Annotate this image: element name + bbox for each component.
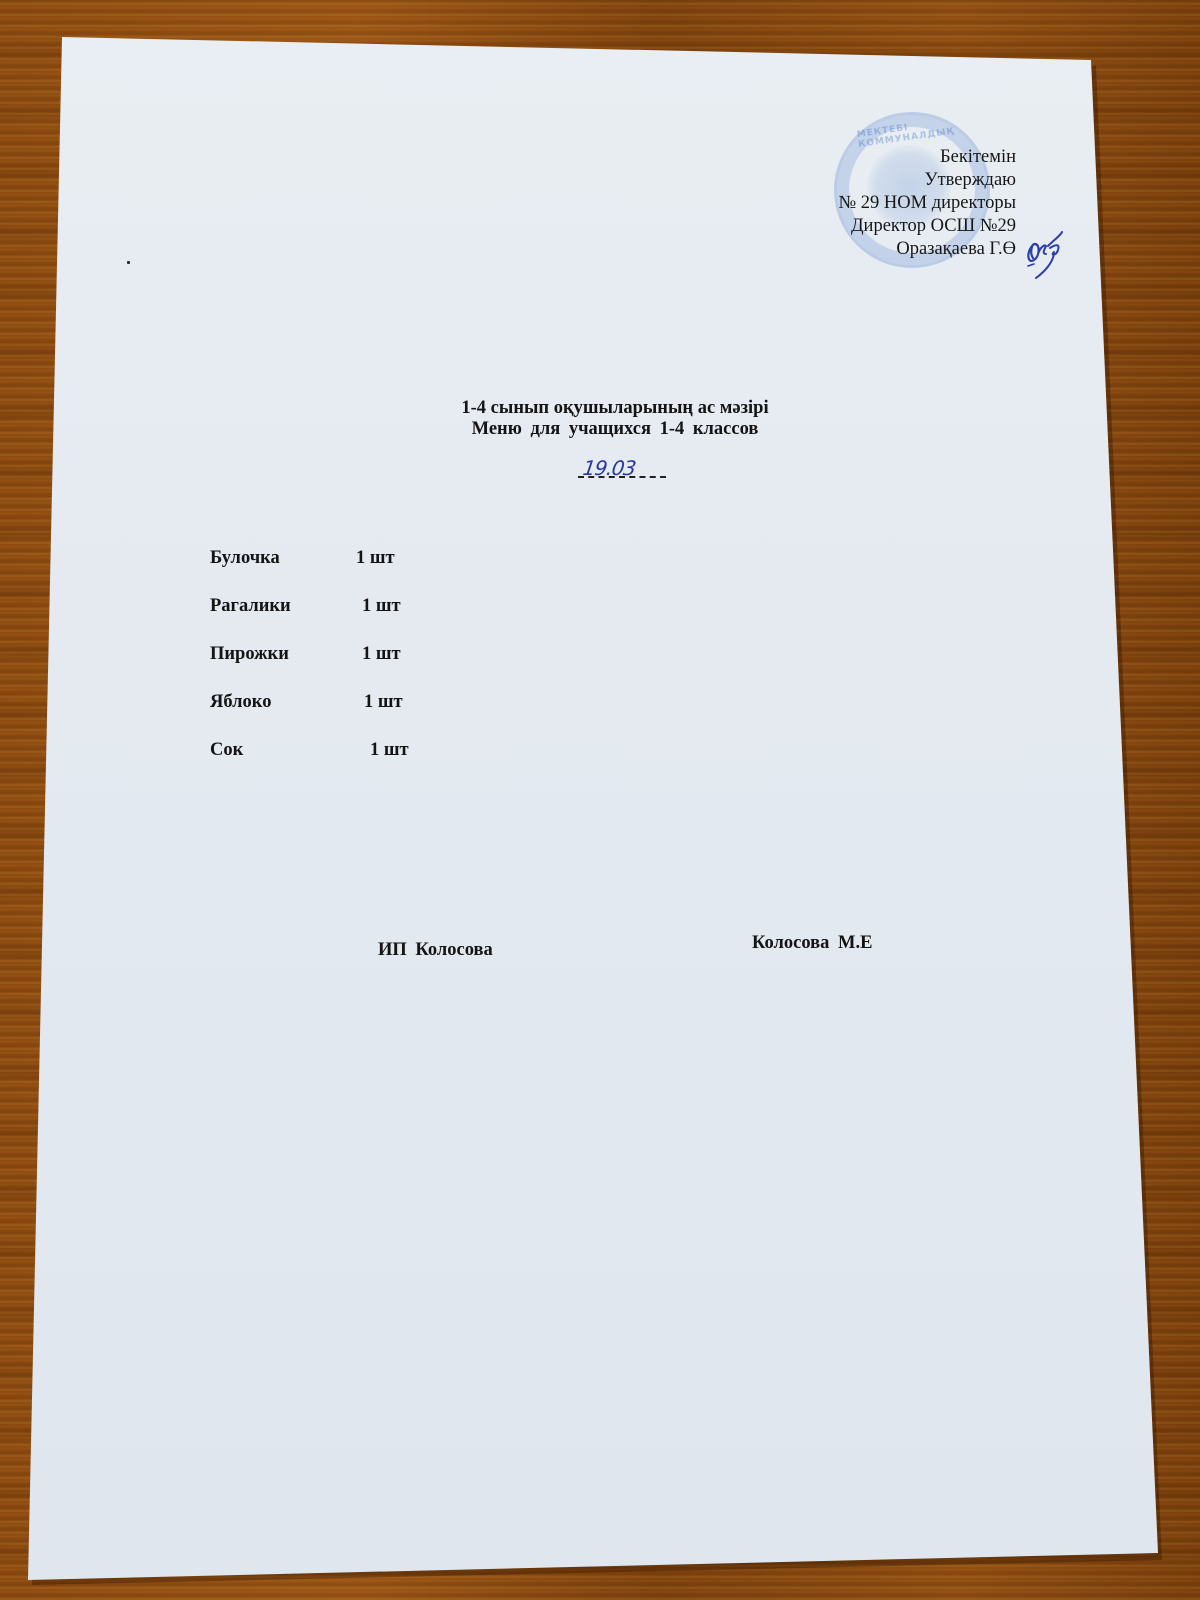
menu-item-name: Яблоко	[210, 692, 271, 713]
menu-item-qty: 1 шт	[370, 740, 409, 761]
menu-item-qty: 1 шт	[362, 596, 401, 617]
approval-line-ru: Утверждаю	[839, 169, 1016, 192]
approval-director-ru: Директор ОСШ №29	[839, 215, 1016, 238]
supplier-signature-right: Колосова М.Е	[752, 933, 872, 954]
menu-item-qty: 1 шт	[356, 548, 395, 569]
menu-item-name: Рагалики	[210, 596, 291, 617]
title-russian: Меню для учащихся 1-4 классов	[0, 419, 1200, 440]
title-kazakh: 1-4 сынып оқушыларының ас мәзірі	[0, 398, 1200, 419]
director-signature-icon	[1024, 224, 1070, 280]
ink-speck	[127, 261, 130, 264]
supplier-signature-left: ИП Колосова	[378, 940, 493, 961]
menu-item-name: Пирожки	[210, 644, 289, 665]
approval-block: Бекітемін Утверждаю № 29 НОМ директоры Д…	[839, 146, 1016, 261]
menu-item-name: Сок	[210, 740, 243, 761]
approval-director-kz: № 29 НОМ директоры	[839, 192, 1016, 215]
menu-item-qty: 1 шт	[364, 692, 403, 713]
approval-director-name: Оразақаева Г.Ө	[839, 238, 1016, 261]
date-handwritten: 19.03	[581, 456, 637, 480]
approval-line-kz: Бекітемін	[839, 146, 1016, 169]
menu-item-qty: 1 шт	[362, 644, 401, 665]
menu-item-name: Булочка	[210, 548, 280, 569]
paper-sheet	[0, 0, 1200, 1600]
